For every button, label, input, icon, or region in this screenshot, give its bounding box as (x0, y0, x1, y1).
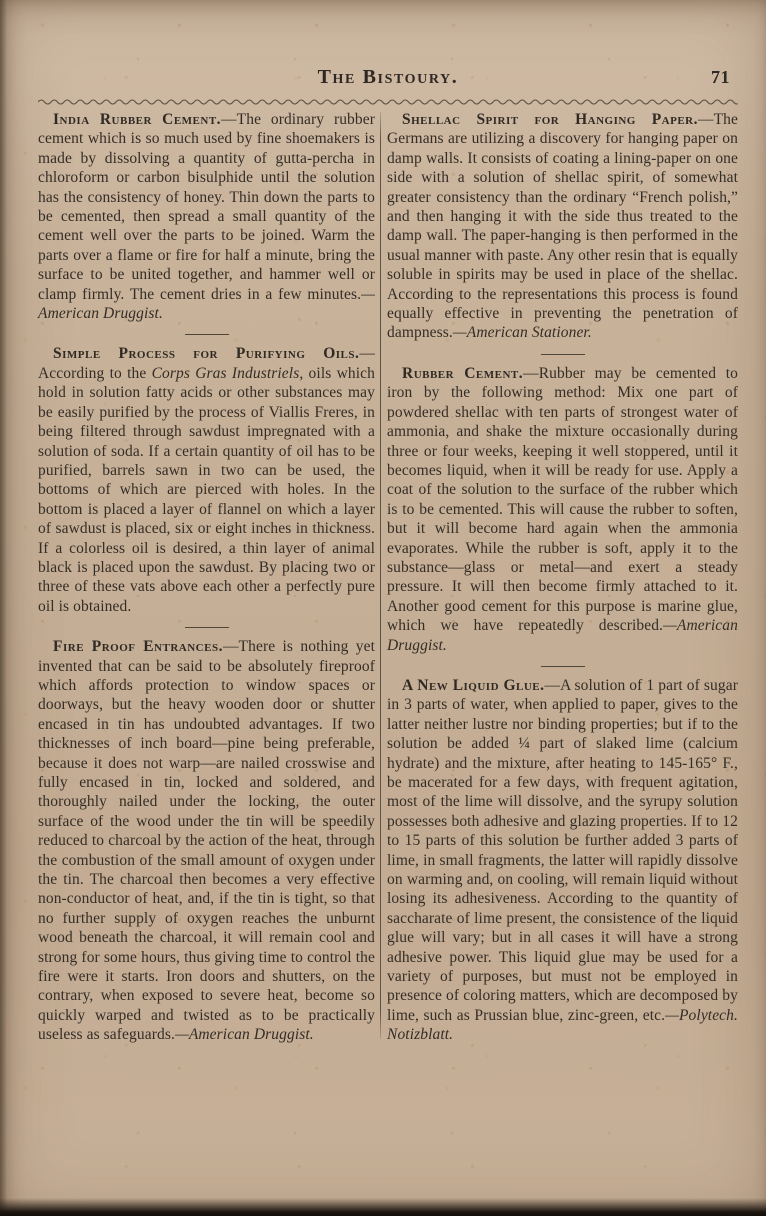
column-divider (380, 112, 381, 1039)
journal-page: The Bistoury. 71 India Rubber Cement.—Th… (0, 0, 766, 1216)
page-bottom-edge (0, 1198, 766, 1216)
page-header: The Bistoury. 71 (38, 66, 738, 92)
article-heading: Simple Process for Purifying Oils. (53, 345, 359, 362)
article-citation: —American Druggist. (175, 1026, 314, 1043)
journal-title: The Bistoury. (38, 66, 738, 89)
article-text: Fire Proof Entrances.—There is nothing y… (38, 637, 375, 1045)
article: Rubber Cement.—Rubber may be cemented to… (387, 364, 738, 655)
article: Shellac Spirit for Hanging Paper.—The Ge… (387, 110, 738, 343)
article-text: Simple Process for Purifying Oils.—Accor… (38, 344, 375, 616)
article-text: Shellac Spirit for Hanging Paper.—The Ge… (387, 110, 738, 343)
two-column-layout: India Rubber Cement.—The ordinary rubber… (38, 110, 738, 1045)
article-heading: A New Liquid Glue. (402, 677, 545, 694)
article-heading: Shellac Spirit for Hanging Paper. (402, 111, 698, 128)
article-separator (38, 624, 375, 628)
article-text: A New Liquid Glue.—A solution of 1 part … (387, 676, 738, 1045)
article-separator (387, 663, 738, 667)
article-body: —The Germans are utilizing a discovery f… (387, 111, 738, 341)
article: Fire Proof Entrances.—There is nothing y… (38, 637, 375, 1045)
wavy-rule (38, 97, 738, 107)
column-right: Shellac Spirit for Hanging Paper.—The Ge… (387, 110, 738, 1045)
article-heading: Fire Proof Entrances. (53, 638, 223, 655)
article-body: —A solution of 1 part of sugar in 3 part… (387, 677, 738, 1024)
wavy-rule-path (38, 100, 738, 104)
article-separator (387, 351, 738, 355)
article-body: —There is nothing yet invented that can … (38, 638, 375, 1043)
article: India Rubber Cement.—The ordinary rubber… (38, 110, 375, 323)
article-heading: India Rubber Cement. (53, 111, 221, 128)
article-citation: Corps Gras Industriels (152, 365, 300, 382)
article-body: —Rubber may be cemented to iron by the f… (387, 365, 738, 634)
article-heading: Rubber Cement. (402, 365, 523, 382)
column-left: India Rubber Cement.—The ordinary rubber… (38, 110, 375, 1045)
page-left-edge (0, 0, 7, 1216)
article-separator (38, 331, 375, 335)
article-text: Rubber Cement.—Rubber may be cemented to… (387, 364, 738, 655)
article-body: , oils which hold in solution fatty acid… (38, 365, 375, 615)
article: Simple Process for Purifying Oils.—Accor… (38, 344, 375, 616)
article-body: —The ordinary rubber cement which is so … (38, 111, 375, 303)
article-text: India Rubber Cement.—The ordinary rubber… (38, 110, 375, 323)
article-citation: —American Stationer. (453, 324, 592, 341)
article: A New Liquid Glue.—A solution of 1 part … (387, 676, 738, 1045)
page-number: 71 (711, 67, 730, 88)
